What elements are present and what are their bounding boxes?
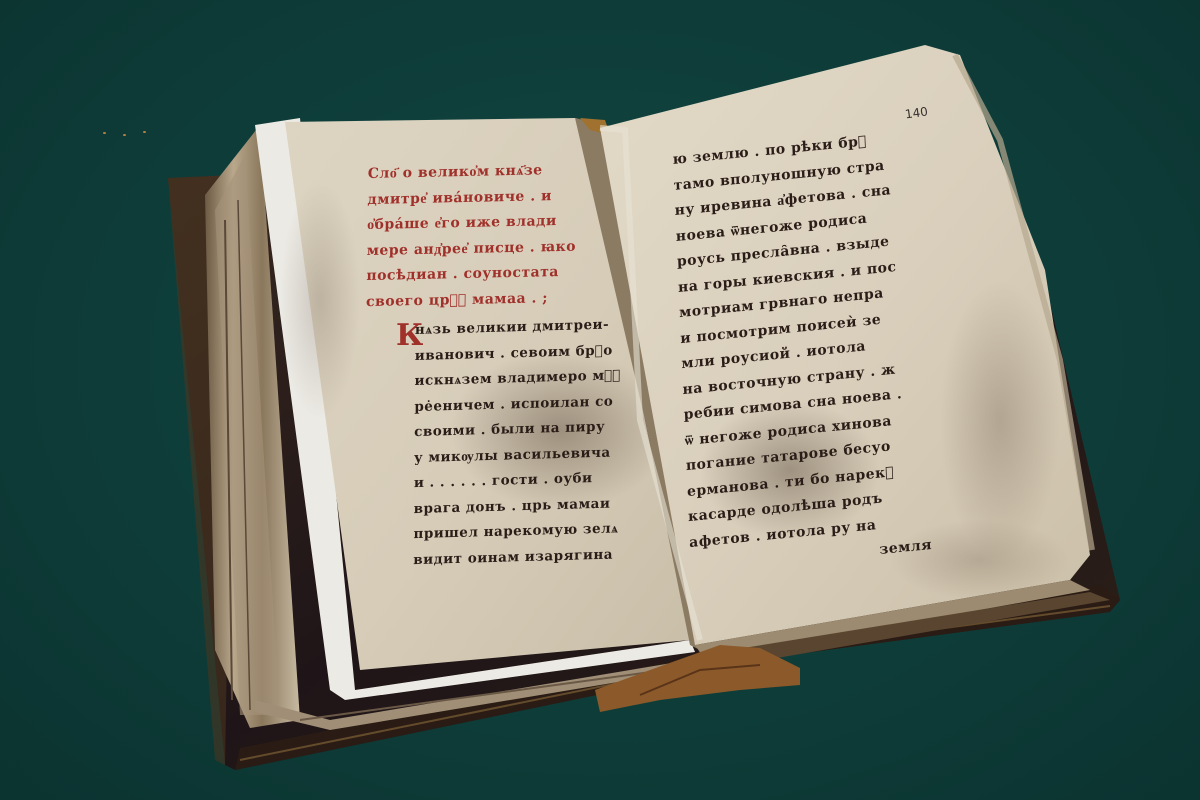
left-page-rubric-text: Сло҃ о велико҆м кнѧ҃зе дмитре҆ ива́нович… — [366, 158, 577, 315]
rubric-line: посѣдиан . соуностата — [366, 260, 576, 290]
photo-scene: Сло҃ о велико҆м кнѧ҃зе дмитре҆ ива́нович… — [0, 0, 1200, 800]
rubric-line: своего црⷭ҇ мамаа . ; — [366, 285, 576, 315]
left-page-ink-text: нѧзь великии дмитреи- иванович . севоим … — [413, 312, 621, 573]
right-page-ink-text: ю землю . по рѣки брⷣ тамо вполуношную с… — [672, 125, 933, 582]
rubric-line: о҆бра́ше е҆го иже влади — [367, 209, 577, 239]
